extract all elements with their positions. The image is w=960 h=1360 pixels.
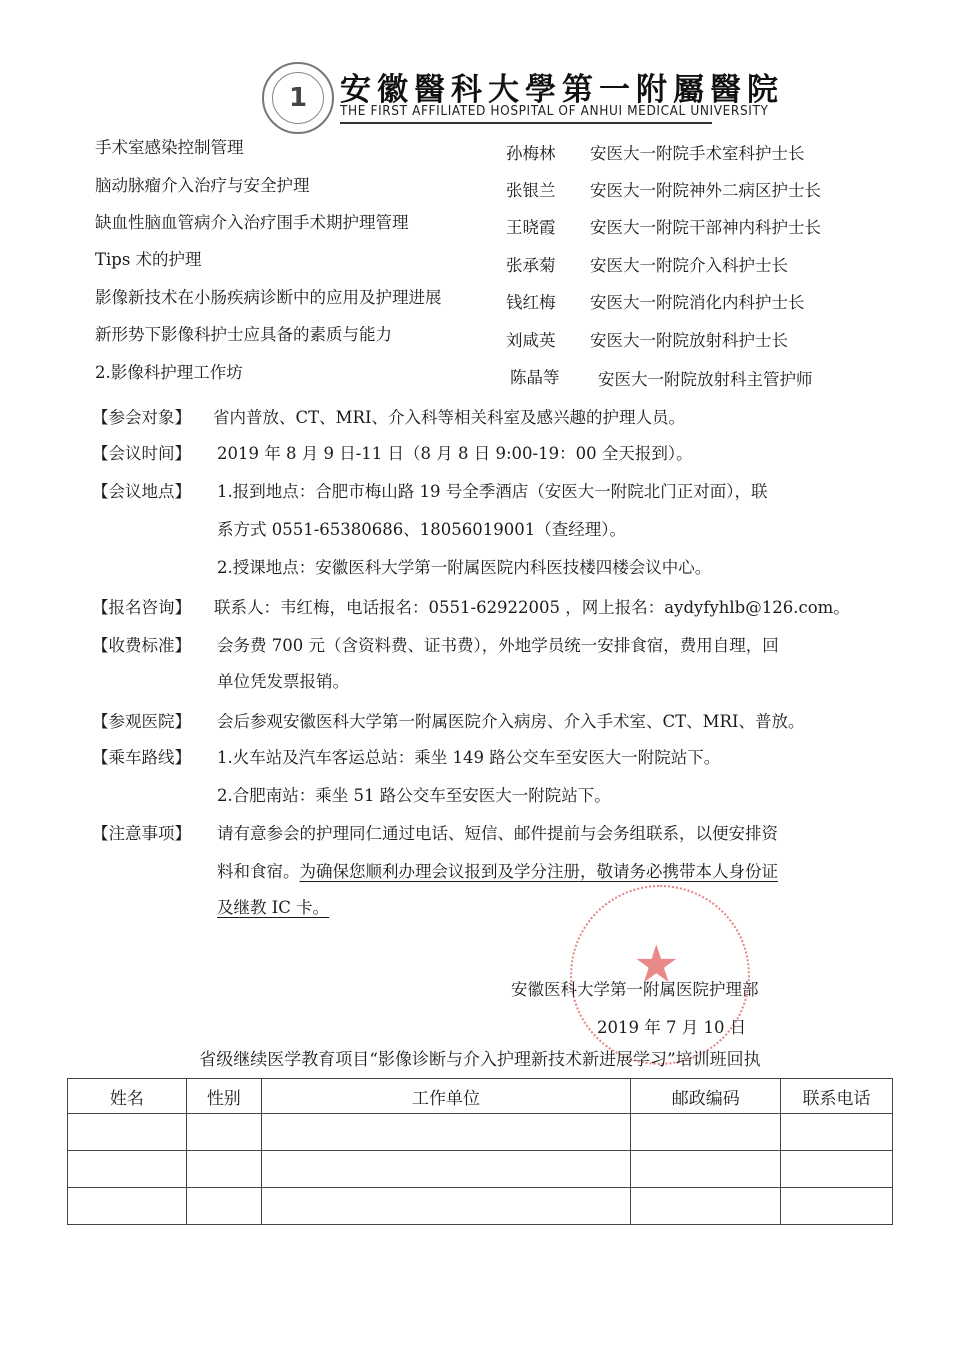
table-row <box>68 1188 893 1225</box>
table-row <box>68 1114 893 1151</box>
fees-line1: 会务费 700 元（含资料费、证书费），外地学员统一安排食宿，费用自理，回 <box>217 632 779 656</box>
notes-line2-plain: 料和食宿。 <box>217 862 300 881</box>
column-header-postcode: 邮政编码 <box>631 1079 781 1114</box>
cell-name[interactable] <box>68 1114 187 1151</box>
hospital-logo-icon: 1 <box>262 62 334 134</box>
lecture-speaker: 王晓霞 <box>506 214 556 238</box>
lecture-topic: Tips 术的护理 <box>95 246 202 270</box>
cell-phone[interactable] <box>781 1188 893 1225</box>
notes-emphasis: 为确保您顺利办理会议报到及学分注册，敬请务必携带本人身份证 <box>300 862 779 881</box>
lecture-affiliation: 安医大一附院放射科护士长 <box>590 327 788 351</box>
hospital-name-en: THE FIRST AFFILIATED HOSPITAL OF ANHUI M… <box>340 103 768 119</box>
notes-label: 【注意事项】 <box>92 820 191 844</box>
cell-gender[interactable] <box>186 1188 261 1225</box>
column-header-gender: 性别 <box>186 1079 261 1114</box>
signature-date: 2019 年 7 月 10 日 <box>597 1014 746 1038</box>
venue-label: 【会议地点】 <box>92 478 191 502</box>
table-header-row: 姓名 性别 工作单位 邮政编码 联系电话 <box>68 1079 893 1114</box>
logo-glyph: 1 <box>272 72 324 124</box>
transport-label: 【乘车路线】 <box>92 744 191 768</box>
venue-checkin: 1.报到地点：合肥市梅山路 19 号全季酒店（安医大一附院北门正对面），联 <box>217 478 767 502</box>
notes-emphasis-end: 及继教 IC 卡。 <box>217 894 329 918</box>
lecture-speaker: 刘咸英 <box>506 327 556 351</box>
audience-text: 省内普放、CT、MRI、介入科等相关科室及感兴趣的护理人员。 <box>213 404 685 428</box>
cell-phone[interactable] <box>781 1114 893 1151</box>
lecture-affiliation: 安医大一附院干部神内科护士长 <box>590 214 821 238</box>
venue-contact: 系方式 0551-65380686、18056019001（查经理）。 <box>217 516 626 540</box>
notes-line2: 料和食宿。为确保您顺利办理会议报到及学分注册，敬请务必携带本人身份证 <box>217 858 778 882</box>
cell-gender[interactable] <box>186 1114 261 1151</box>
cell-postcode[interactable] <box>631 1188 781 1225</box>
lecture-speaker: 陈晶等 <box>510 364 560 388</box>
lecture-topic: 新形势下影像科护士应具备的素质与能力 <box>95 321 392 345</box>
cell-postcode[interactable] <box>631 1151 781 1188</box>
cell-gender[interactable] <box>186 1151 261 1188</box>
header-divider <box>340 122 712 124</box>
registration-label: 【报名咨询】 <box>92 594 191 618</box>
fees-line2: 单位凭发票报销。 <box>217 668 349 692</box>
cell-name[interactable] <box>68 1151 187 1188</box>
lecture-topic: 脑动脉瘤介入治疗与安全护理 <box>95 172 310 196</box>
lecture-affiliation: 安医大一附院介入科护士长 <box>590 252 788 276</box>
workshop-heading: 2.影像科护理工作坊 <box>95 359 243 383</box>
cell-name[interactable] <box>68 1188 187 1225</box>
notes-line1: 请有意参会的护理同仁通过电话、短信、邮件提前与会务组联系，以便安排资 <box>217 820 778 844</box>
lecture-speaker: 钱红梅 <box>506 289 556 313</box>
time-label: 【会议时间】 <box>92 440 191 464</box>
cell-workplace[interactable] <box>261 1151 631 1188</box>
column-header-name: 姓名 <box>68 1079 187 1114</box>
time-text: 2019 年 8 月 9 日-11 日（8 月 8 日 9:00-19：00 全… <box>217 440 693 464</box>
lecture-topic: 手术室感染控制管理 <box>95 134 244 158</box>
lecture-affiliation: 安医大一附院放射科主管护师 <box>598 366 813 390</box>
fees-label: 【收费标准】 <box>92 632 191 656</box>
transport-line1: 1.火车站及汽车客运总站：乘坐 149 路公交车至安医大一附院站下。 <box>217 744 720 768</box>
lecture-affiliation: 安医大一附院神外二病区护士长 <box>590 177 821 201</box>
lecture-affiliation: 安医大一附院手术室科护士长 <box>590 140 805 164</box>
lecture-speaker: 张银兰 <box>506 177 556 201</box>
audience-label: 【参会对象】 <box>92 404 191 428</box>
lecture-speaker: 张承菊 <box>506 252 556 276</box>
visit-label: 【参观医院】 <box>92 708 191 732</box>
lecture-affiliation: 安医大一附院消化内科护士长 <box>590 289 805 313</box>
column-header-workplace: 工作单位 <box>261 1079 631 1114</box>
cell-workplace[interactable] <box>261 1188 631 1225</box>
registration-form-table: 姓名 性别 工作单位 邮政编码 联系电话 <box>67 1078 893 1225</box>
table-row <box>68 1151 893 1188</box>
visit-text: 会后参观安徽医科大学第一附属医院介入病房、介入手术室、CT、MRI、普放。 <box>217 708 804 732</box>
registration-text: 联系人：韦红梅，电话报名：0551-62922005 ，网上报名：aydyfyh… <box>214 594 850 618</box>
signature-org: 安徽医科大学第一附属医院护理部 <box>511 976 759 1000</box>
cell-workplace[interactable] <box>261 1114 631 1151</box>
lecture-topic: 影像新技术在小肠疾病诊断中的应用及护理进展 <box>95 284 442 308</box>
cell-phone[interactable] <box>781 1151 893 1188</box>
form-title: 省级继续医学教育项目“影像诊断与介入护理新技术新进展学习”培训班回执 <box>0 1045 960 1070</box>
lecture-speaker: 孙梅林 <box>506 140 556 164</box>
lecture-topic: 缺血性脑血管病介入治疗围手术期护理管理 <box>95 209 409 233</box>
column-header-phone: 联系电话 <box>781 1079 893 1114</box>
transport-line2: 2.合肥南站：乘坐 51 路公交车至安医大一附院站下。 <box>217 782 611 806</box>
venue-lecture: 2.授课地点：安徽医科大学第一附属医院内科医技楼四楼会议中心。 <box>217 554 711 578</box>
cell-postcode[interactable] <box>631 1114 781 1151</box>
